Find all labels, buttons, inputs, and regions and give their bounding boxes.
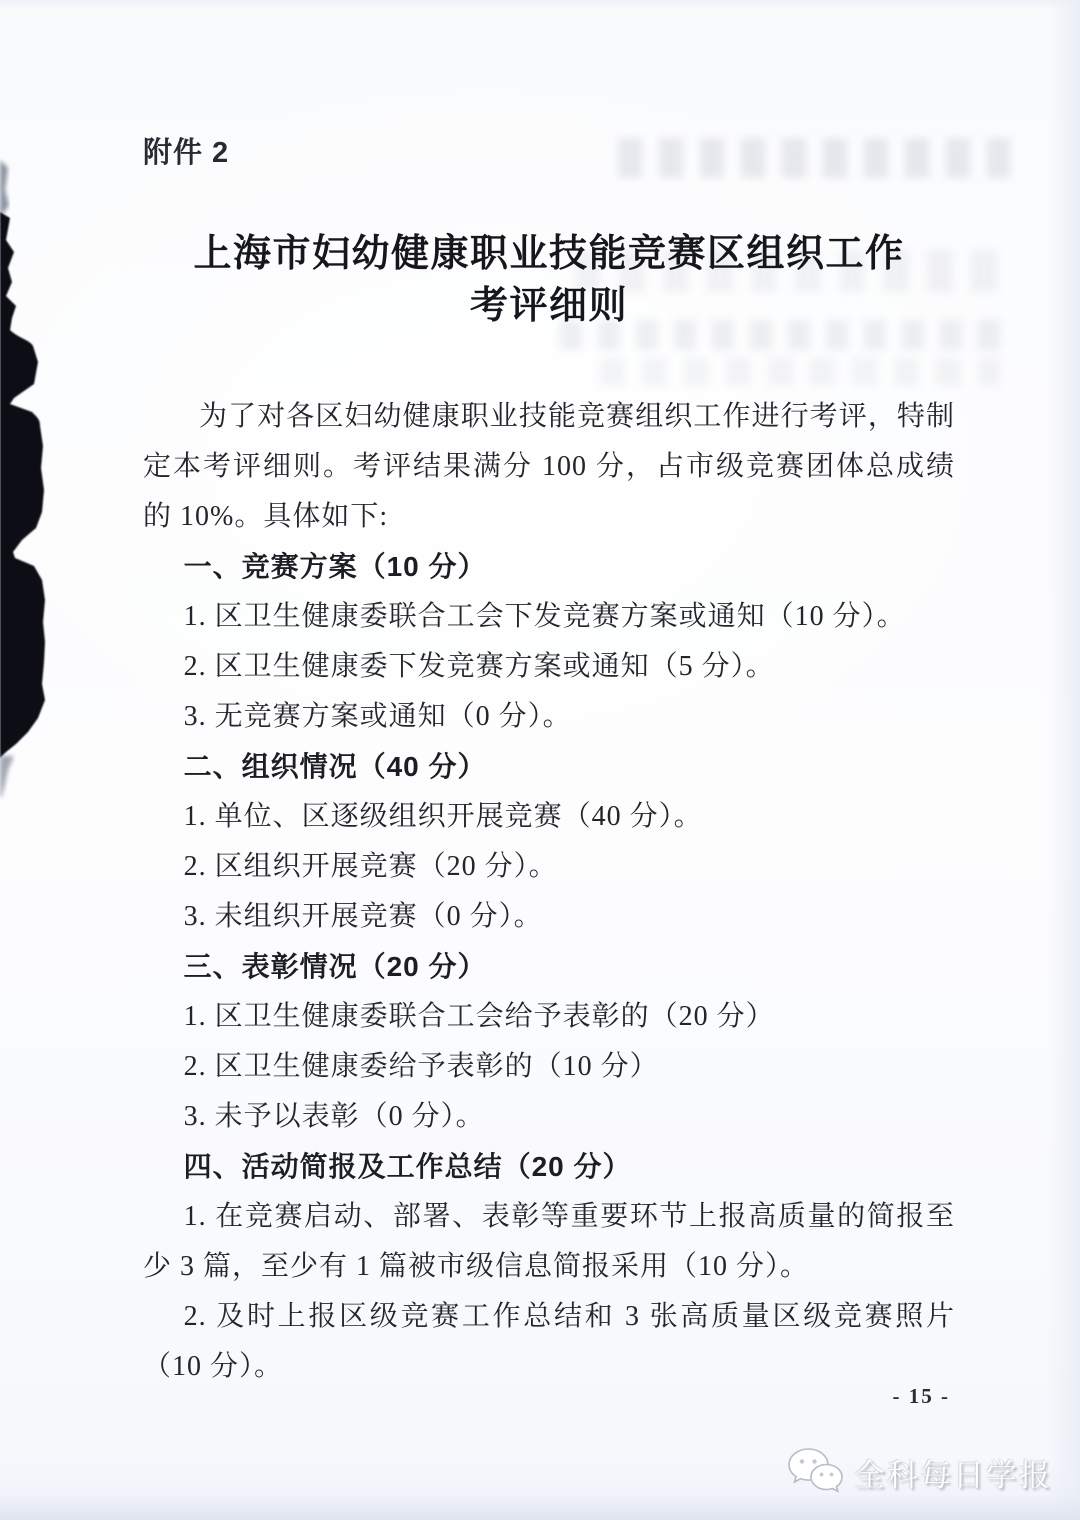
- section-1-heading: 一、竞赛方案（10 分）: [143, 542, 955, 592]
- section-4-item-2: 2. 及时上报区级竞赛工作总结和 3 张高质量区级竞赛照片（10 分）。: [143, 1292, 955, 1392]
- section-3-item-3: 3. 未予以表彰（0 分）。: [143, 1092, 955, 1142]
- watermark: 全科每日学报: [786, 1446, 1052, 1498]
- intro-paragraph: 为了对各区妇幼健康职业技能竞赛组织工作进行考评，特制定本考评细则。考评结果满分 …: [143, 392, 955, 542]
- document-body: 为了对各区妇幼健康职业技能竞赛组织工作进行考评，特制定本考评细则。考评结果满分 …: [143, 392, 955, 1392]
- section-2-item-3: 3. 未组织开展竞赛（0 分）。: [143, 892, 955, 942]
- document-title: 上海市妇幼健康职业技能竞赛区组织工作 考评细则: [143, 228, 955, 332]
- document-title-line1: 上海市妇幼健康职业技能竞赛区组织工作: [143, 228, 955, 280]
- section-1-item-1: 1. 区卫生健康委联合工会下发竞赛方案或通知（10 分）。: [143, 592, 955, 642]
- scanned-document-page: 附件 2 上海市妇幼健康职业技能竞赛区组织工作 考评细则 为了对各区妇幼健康职业…: [0, 0, 1080, 1520]
- section-2-item-2: 2. 区组织开展竞赛（20 分）。: [143, 842, 955, 892]
- section-4-item-1: 1. 在竞赛启动、部署、表彰等重要环节上报高质量的简报至少 3 篇，至少有 1 …: [143, 1192, 955, 1292]
- section-4-heading: 四、活动简报及工作总结（20 分）: [143, 1142, 955, 1192]
- section-3-item-2: 2. 区卫生健康委给予表彰的（10 分）: [143, 1042, 955, 1092]
- section-3-item-1: 1. 区卫生健康委联合工会给予表彰的（20 分）: [143, 992, 955, 1042]
- document-title-line2: 考评细则: [143, 280, 955, 332]
- section-2-heading: 二、组织情况（40 分）: [143, 742, 955, 792]
- section-1-item-2: 2. 区卫生健康委下发竞赛方案或通知（5 分）。: [143, 642, 955, 692]
- section-3-heading: 三、表彰情况（20 分）: [143, 942, 955, 992]
- wechat-icon: [786, 1446, 844, 1498]
- watermark-label: 全科每日学报: [854, 1450, 1052, 1495]
- page-number: - 15 -: [893, 1384, 951, 1409]
- document-content: 附件 2 上海市妇幼健康职业技能竞赛区组织工作 考评细则 为了对各区妇幼健康职业…: [143, 0, 955, 1392]
- torn-edge-artifact: [0, 0, 60, 1520]
- scan-edge-right: [1046, 0, 1080, 1520]
- section-1-item-3: 3. 无竞赛方案或通知（0 分）。: [143, 692, 955, 742]
- attachment-label: 附件 2: [143, 134, 955, 172]
- section-2-item-1: 1. 单位、区逐级组织开展竞赛（40 分）。: [143, 792, 955, 842]
